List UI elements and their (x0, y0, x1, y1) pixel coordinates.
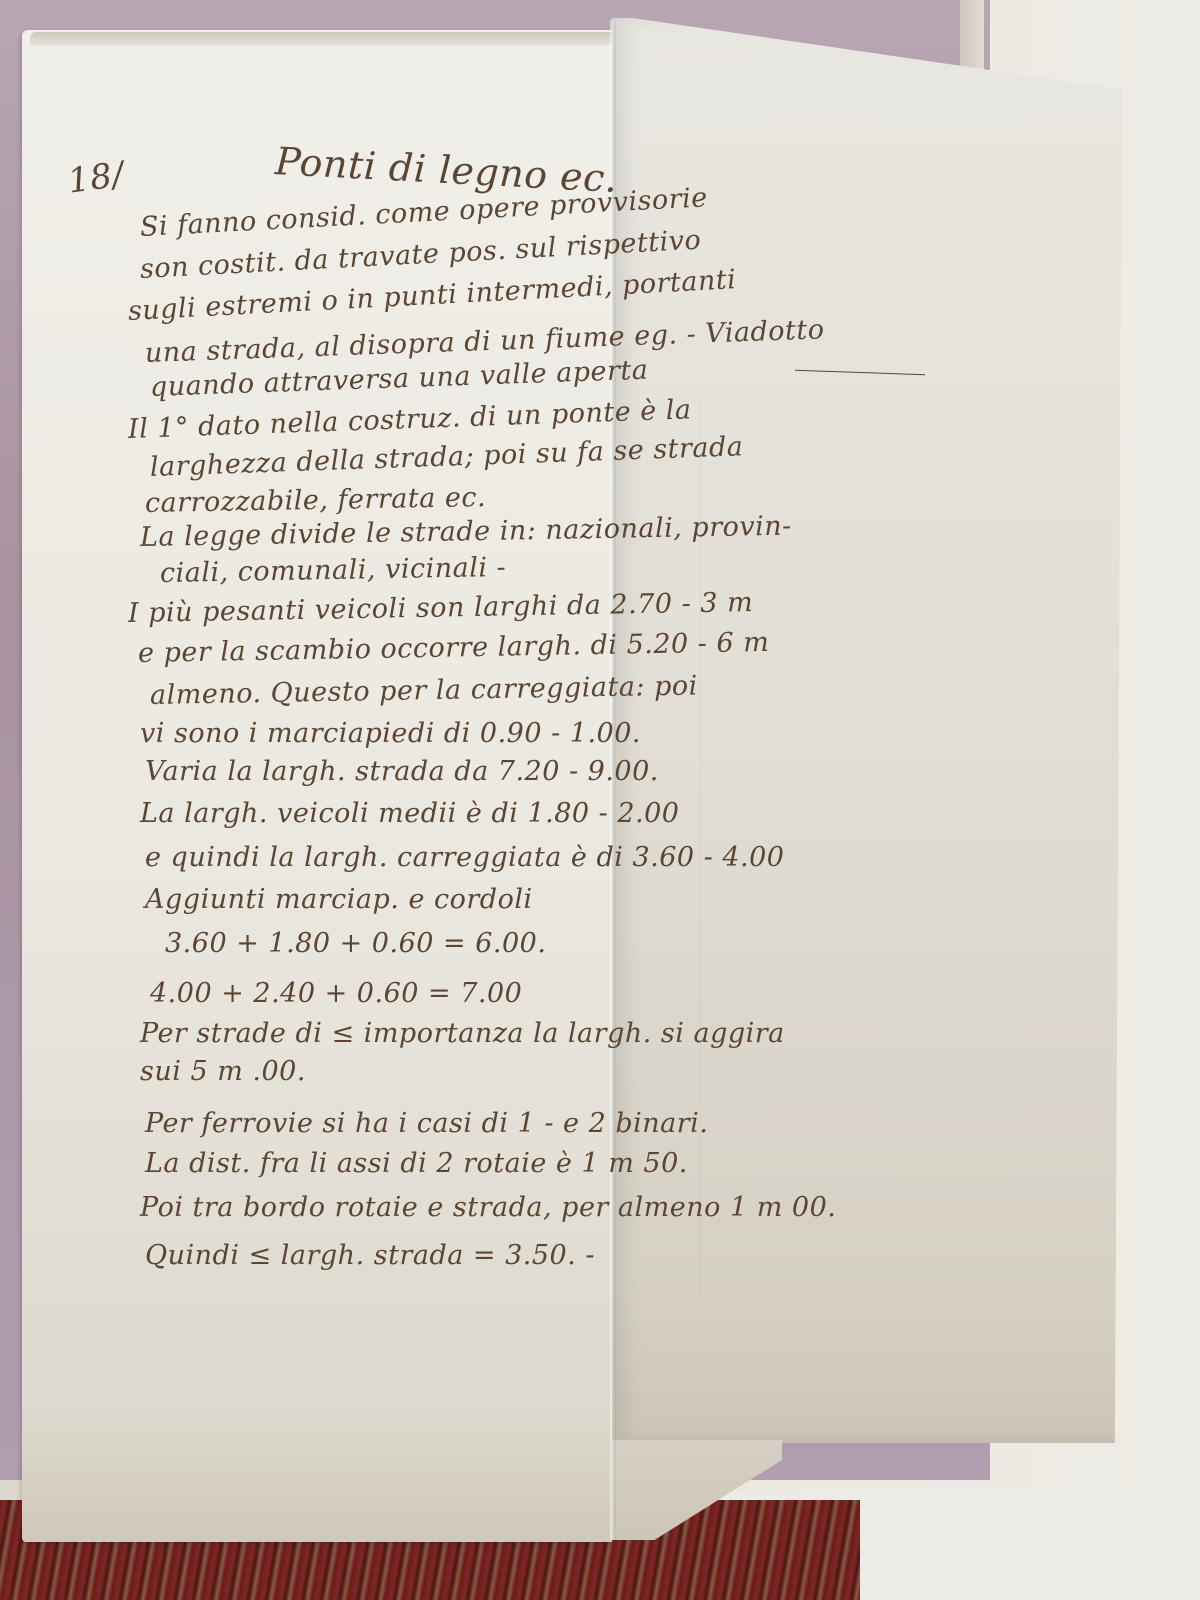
text-line: Aggiunti marciap. e cordoli (145, 884, 533, 915)
text-line: La largh. veicoli medii è di 1.80 - 2.00 (140, 798, 680, 829)
folio-number: 18/ (65, 154, 126, 201)
text-line: Per strade di ≤ importanza la largh. si … (140, 1018, 785, 1049)
text-line: Poi tra bordo rotaie e strada, per almen… (140, 1192, 836, 1223)
text-line: La dist. fra li assi di 2 rotaie è 1 m 5… (145, 1148, 688, 1179)
folder-edge (960, 0, 984, 70)
text-line: Varia la largh. strada da 7.20 - 9.00. (145, 756, 659, 787)
text-line: ciali, comunali, vicinali - (160, 552, 507, 589)
text-line: vi sono i marciapiedi di 0.90 - 1.00. (140, 718, 641, 749)
text-line: e quindi la largh. carreggiata è di 3.60… (145, 842, 784, 873)
text-line: Per ferrovie si ha i casi di 1 - e 2 bin… (145, 1108, 708, 1139)
text-line: Quindi ≤ largh. strada = 3.50. - (145, 1240, 595, 1271)
math-line: 4.00 + 2.40 + 0.60 = 7.00 (150, 978, 522, 1009)
text-line: carrozzabile, ferrata ec. (145, 482, 487, 519)
math-line: 3.60 + 1.80 + 0.60 = 6.00. (165, 928, 546, 959)
text-line: sui 5 m .00. (140, 1056, 306, 1087)
